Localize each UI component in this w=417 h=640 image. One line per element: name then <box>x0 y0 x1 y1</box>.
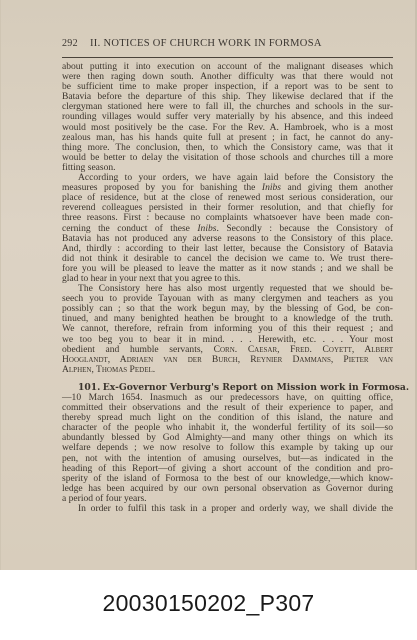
paragraph-start: In order to fulfil this task in a proper… <box>62 504 393 514</box>
signatories-line: Alphen, Thomas Pedel. <box>62 365 393 375</box>
image-id-label: 20030150202_P307 <box>0 590 417 617</box>
body-text: about putting it into execution on accou… <box>62 62 393 514</box>
scanned-page: 292II. NOTICES OF CHURCH WORK IN FORMOSA… <box>0 0 417 570</box>
italic-term: Inibs <box>197 223 216 234</box>
page-number: 292 <box>62 38 90 49</box>
signatory-names: Corn. Caesar, Fred. Coyett, Albert <box>214 344 393 355</box>
running-title: II. NOTICES OF CHURCH WORK IN FORMOSA <box>90 38 322 49</box>
running-head: 292II. NOTICES OF CHURCH WORK IN FORMOSA <box>62 38 393 49</box>
header-rule <box>62 57 393 58</box>
